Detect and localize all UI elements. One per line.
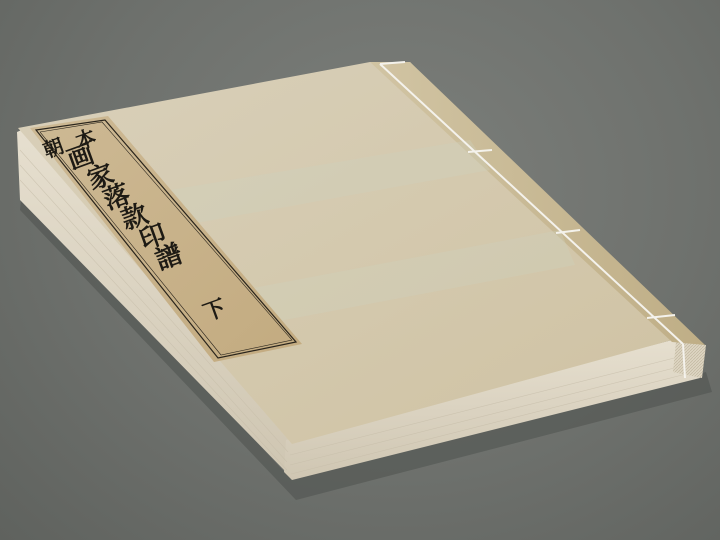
spine-end (673, 342, 706, 378)
book-photo: 朝 本 画 家 落 款 印 譜 下 (0, 0, 720, 540)
